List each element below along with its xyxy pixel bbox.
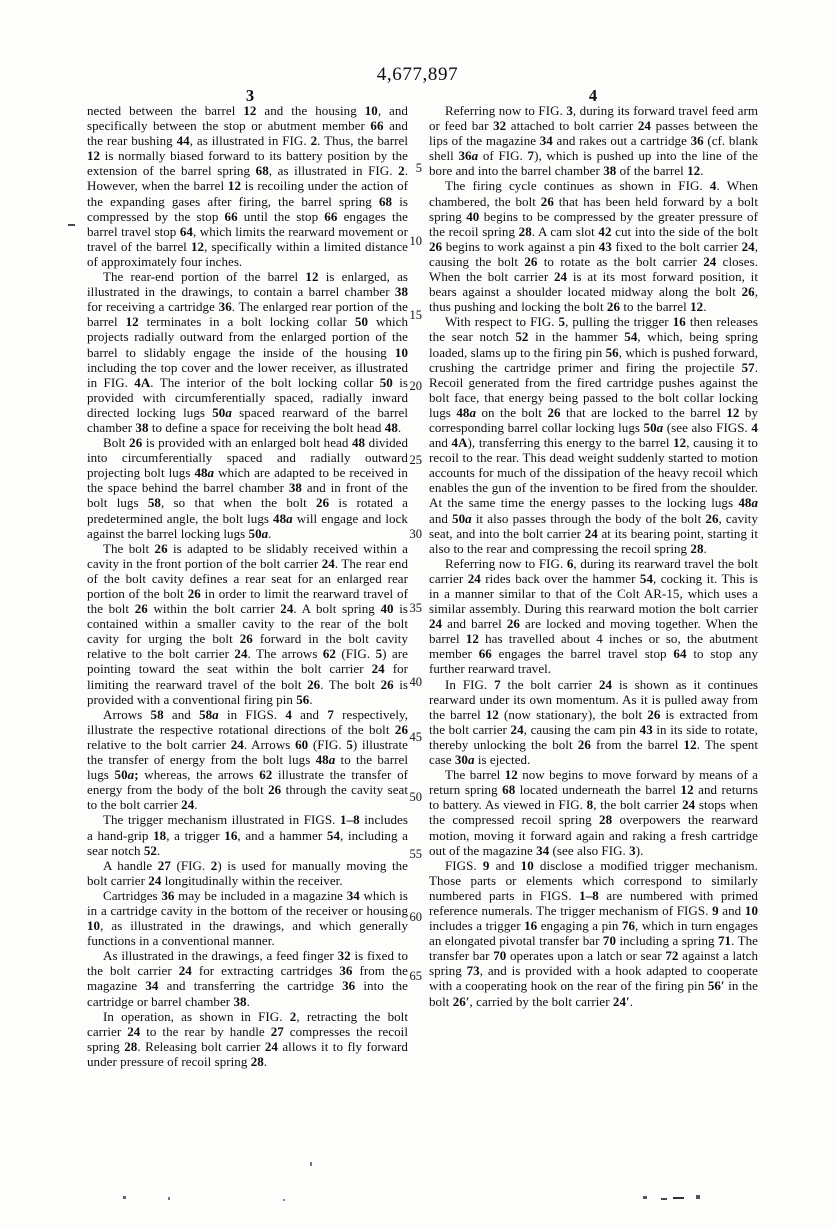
column-4-text: Referring now to FIG. 3, during its forw… [429, 103, 758, 1009]
line-number: 15 [410, 308, 423, 322]
paragraph: A handle 27 (FIG. 2) is used for manuall… [87, 858, 408, 888]
scan-speck [123, 1196, 126, 1199]
scan-speck [696, 1195, 700, 1199]
paragraph: Cartridges 36 may be included in a magaz… [87, 888, 408, 948]
scan-speck [673, 1197, 684, 1199]
line-number: 10 [410, 234, 423, 248]
line-number: 35 [410, 601, 423, 615]
paragraph: Referring now to FIG. 6, during its rear… [429, 556, 758, 677]
paragraph: In operation, as shown in FIG. 2, retrac… [87, 1009, 408, 1069]
line-number: 40 [410, 675, 423, 689]
paragraph: Arrows 58 and 58a in FIGS. 4 and 7 respe… [87, 707, 408, 813]
paragraph: nected between the barrel 12 and the hou… [87, 103, 408, 269]
line-number: 55 [410, 847, 423, 861]
scan-speck [283, 1199, 285, 1201]
line-number: 5 [416, 161, 422, 175]
paragraph: With respect to FIG. 5, pulling the trig… [429, 314, 758, 556]
paragraph: Referring now to FIG. 3, during its forw… [429, 103, 758, 178]
paragraph: The barrel 12 now begins to move forward… [429, 767, 758, 858]
scan-speck [168, 1197, 170, 1200]
paragraph: As illustrated in the drawings, a feed f… [87, 948, 408, 1008]
line-number: 30 [410, 527, 423, 541]
scan-speck [661, 1198, 667, 1200]
paragraph: Bolt 26 is provided with an enlarged bol… [87, 435, 408, 541]
paragraph: The firing cycle continues as shown in F… [429, 178, 758, 314]
line-number: 25 [410, 453, 423, 467]
line-number: 60 [410, 910, 423, 924]
paragraph: FIGS. 9 and 10 disclose a modified trigg… [429, 858, 758, 1009]
scan-speck [643, 1196, 647, 1199]
scan-speck [310, 1162, 312, 1166]
gutter: 5101520253035404550556065 [396, 0, 424, 1227]
paragraph: The bolt 26 is adapted to be slidably re… [87, 541, 408, 707]
paragraph: The trigger mechanism illustrated in FIG… [87, 812, 408, 857]
line-number: 45 [410, 730, 423, 744]
scan-speck [68, 224, 75, 226]
paragraph: In FIG. 7 the bolt carrier 24 is shown a… [429, 677, 758, 768]
column-3-text: nected between the barrel 12 and the hou… [87, 103, 408, 1069]
paragraph: The rear-end portion of the barrel 12 is… [87, 269, 408, 435]
line-number: 20 [410, 379, 423, 393]
patent-page: 4,677,897 3 4 nected between the barrel … [0, 0, 835, 1227]
line-number: 50 [410, 790, 423, 804]
line-number: 65 [410, 969, 423, 983]
